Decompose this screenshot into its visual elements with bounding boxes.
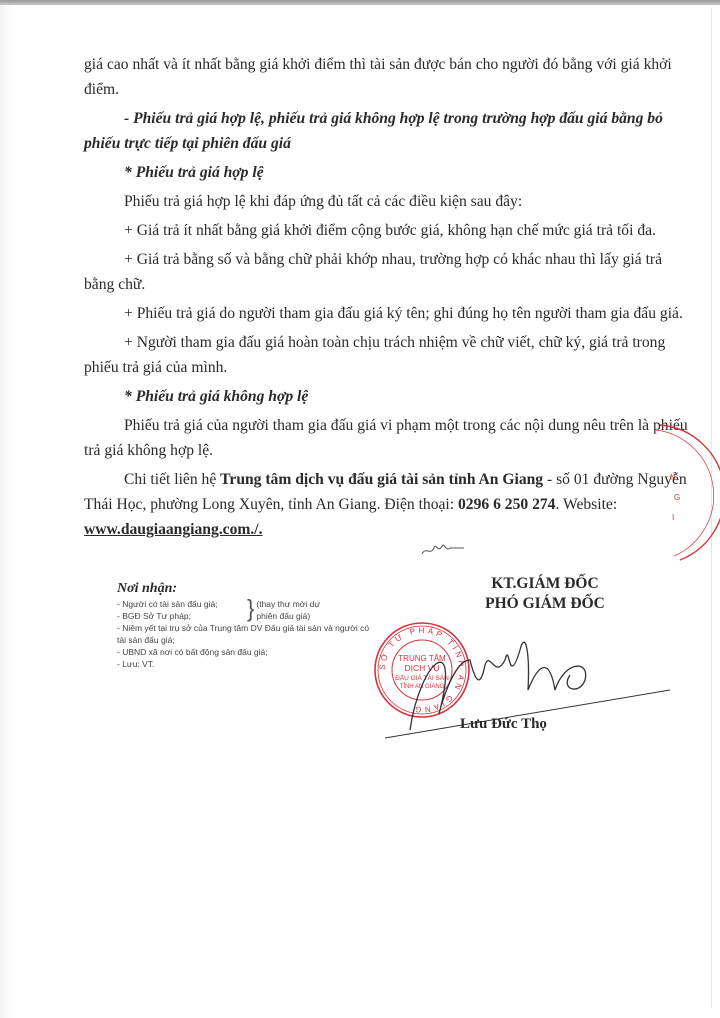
recipient-item: - Niêm yết tại trụ sở của Trung tâm DV Đ… — [117, 622, 377, 646]
valid-ballot-intro: Phiếu trả giá hợp lệ khi đáp ứng đủ tất … — [84, 189, 694, 214]
document-body: giá cao nhất và ít nhất bằng giá khởi đi… — [84, 52, 694, 542]
contact-website-label: . Website: — [555, 496, 617, 513]
condition-1: + Giá trả ít nhất bằng giá khởi điểm cộn… — [84, 218, 694, 243]
subheading-valid-ballot: * Phiếu trả giá hợp lệ — [84, 160, 694, 185]
recipients-brace-note: (thay thư mời dự phiên đấu giá) — [256, 598, 341, 622]
initials-mark — [418, 536, 468, 561]
svg-text:N: N — [670, 473, 676, 482]
brace-icon: } — [247, 597, 254, 623]
recipients-brace-group: - Người có tài sản đấu giá; - BGĐ Sở Tư … — [117, 598, 377, 622]
page-left-edge — [0, 5, 14, 1018]
signature-title-line2: PHÓ GIÁM ĐỐC — [420, 594, 670, 614]
recipient-item: - BGĐ Sở Tư pháp; — [117, 610, 247, 622]
section-heading-ballots: - Phiếu trả giá hợp lệ, phiếu trả giá kh… — [84, 106, 694, 156]
contact-prefix: Chi tiết liên hệ — [124, 471, 220, 488]
contact-phone: 0296 6 250 274 — [458, 496, 555, 513]
contact-website-link[interactable]: www.daugiaangiang.com./. — [84, 521, 263, 538]
contact-paragraph: Chi tiết liên hệ Trung tâm dịch vụ đấu g… — [84, 467, 694, 542]
condition-3: + Phiếu trả giá do người tham gia đấu gi… — [84, 301, 694, 326]
subheading-invalid-ballot: * Phiếu trả giá không hợp lệ — [84, 384, 694, 409]
signer-name: Lưu Đức Thọ — [460, 716, 547, 733]
recipient-item: - UBND xã nơi có bất động sản đấu giá; — [117, 646, 377, 658]
svg-text:G: G — [674, 493, 680, 502]
paragraph-continuation: giá cao nhất và ít nhất bằng giá khởi đi… — [84, 52, 694, 102]
page-seal-edge-icon: N G I — [640, 420, 720, 570]
recipient-item: - Người có tài sản đấu giá; — [117, 598, 247, 610]
svg-text:I: I — [672, 513, 674, 522]
signature-title-line1: KT.GIÁM ĐỐC — [420, 574, 670, 594]
condition-2: + Giá trả bằng số và bằng chữ phải khớp … — [84, 247, 694, 297]
condition-4: + Người tham gia đấu giá hoàn toàn chịu … — [84, 330, 694, 380]
window-top-bar — [0, 0, 720, 5]
contact-organization: Trung tâm dịch vụ đấu giá tài sản tỉnh A… — [220, 471, 543, 488]
invalid-ballot-text: Phiếu trả giá của người tham gia đấu giá… — [84, 413, 694, 463]
recipients-block: Nơi nhận: - Người có tài sản đấu giá; - … — [117, 580, 377, 670]
recipient-item: - Lưu: VT. — [117, 658, 377, 670]
signature-title-block: KT.GIÁM ĐỐC PHÓ GIÁM ĐỐC — [420, 574, 670, 614]
